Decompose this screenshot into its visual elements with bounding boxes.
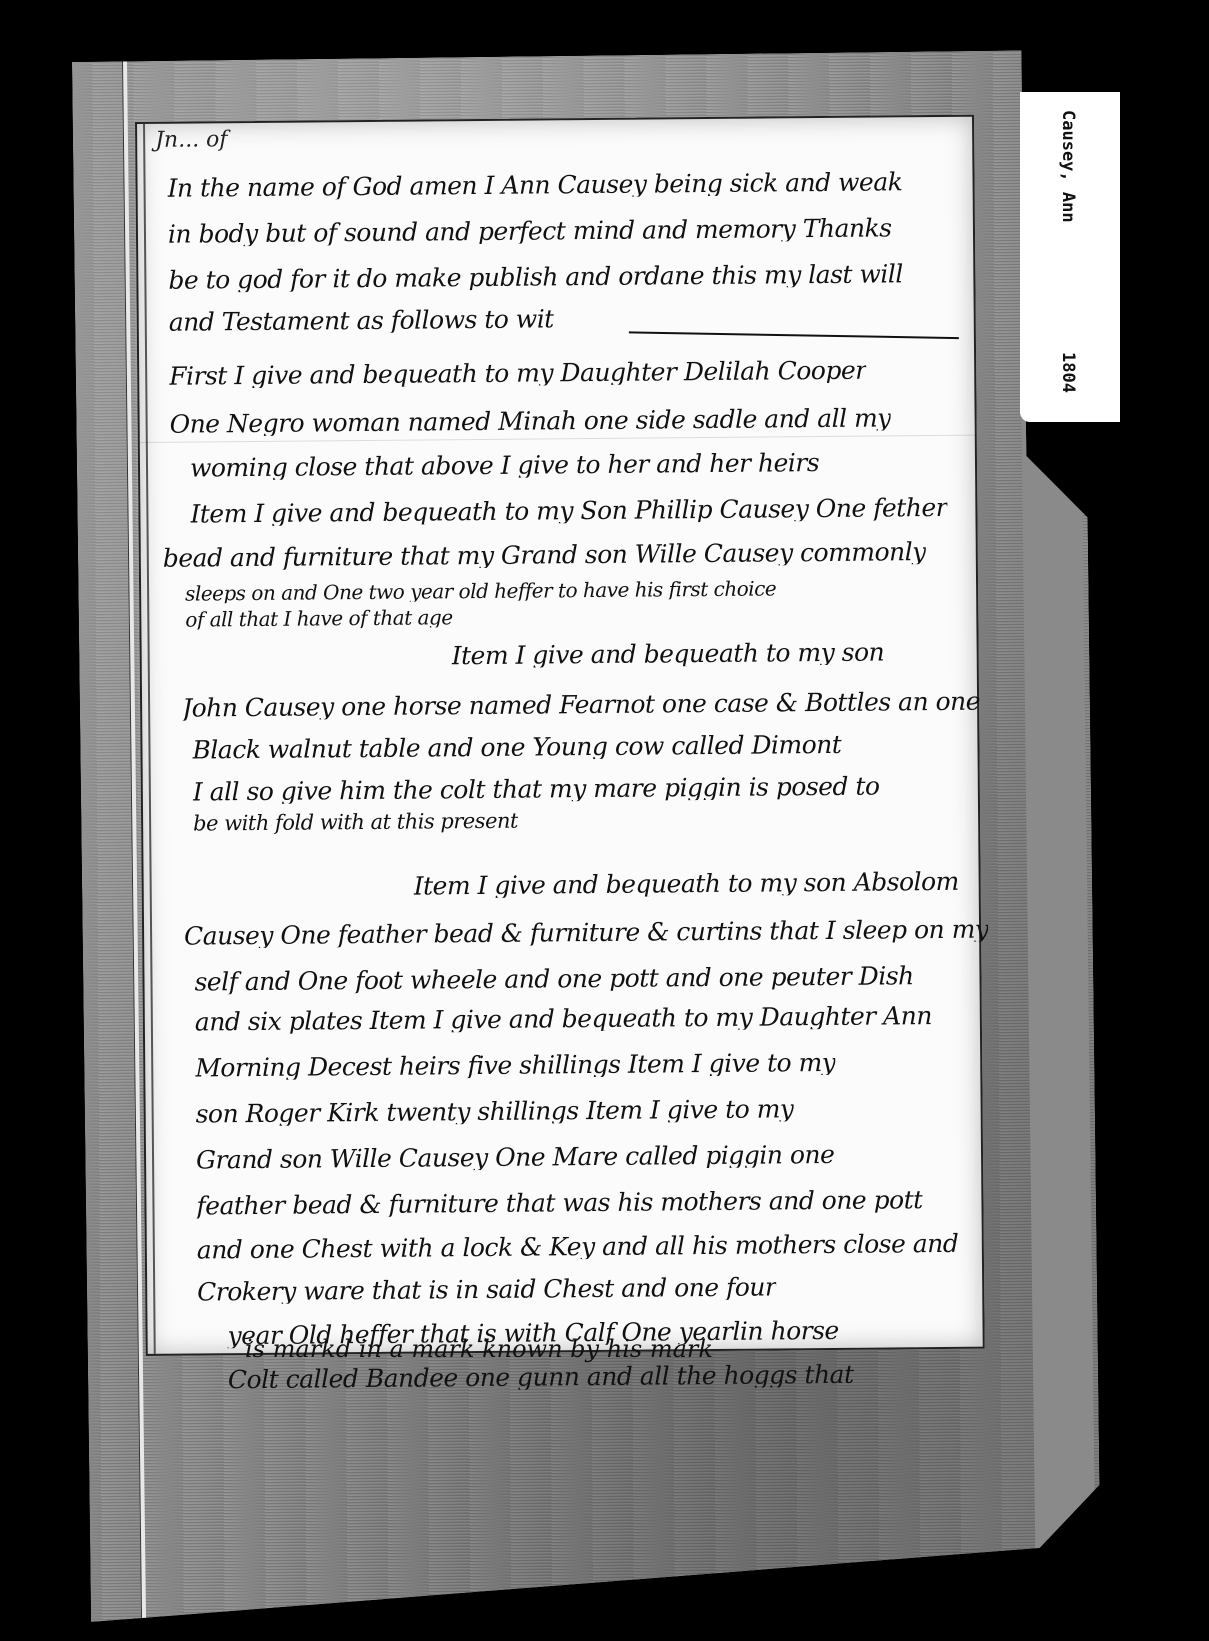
text-line: be to god for it do make publish and ord…	[168, 261, 903, 292]
text-line: of all that I have of that age	[185, 607, 452, 629]
text-line: bead and furniture that my Grand son Wil…	[163, 539, 926, 571]
folder-edge	[1021, 410, 1095, 1591]
text-line: sleeps on and One two year old heffer to…	[185, 578, 776, 603]
text-line: feather bead & furniture that was his mo…	[196, 1187, 923, 1218]
text-line: Item I give and bequeath to my son Absol…	[414, 869, 959, 899]
text-line: Causey One feather bead & furniture & cu…	[184, 917, 989, 949]
text-line-last: is markd in a mark known by his mark	[245, 1335, 713, 1363]
page-fold-line	[140, 435, 975, 443]
tab-name-label: Causey, Ann	[1058, 110, 1078, 223]
text-line: Item I give and bequeath to my Son Phill…	[190, 495, 947, 527]
text-line: I all so give him the colt that my mare …	[193, 774, 880, 805]
text-line: woming close that above I give to her an…	[190, 450, 819, 480]
page-border-line	[143, 124, 156, 1354]
text-line: Grand son Wille Causey One Mare called p…	[196, 1142, 834, 1173]
text-line: in body but of sound and perfect mind an…	[168, 215, 892, 246]
text-line: Crokery ware that is in said Chest and o…	[197, 1274, 776, 1304]
underline-rule	[629, 331, 959, 339]
text-line: One Negro woman named Minah one side sad…	[170, 405, 891, 436]
text-line: In the name of God amen I Ann Causey bei…	[167, 169, 902, 200]
tab-year-label: 1804	[1058, 352, 1078, 393]
text-line: and Testament as follows to wit	[169, 306, 554, 334]
text-line: and six plates Item I give and bequeath …	[195, 1003, 932, 1034]
text-line: John Causey one horse named Fearnot one …	[182, 689, 980, 721]
text-line: Item I give and bequeath to my son	[452, 639, 885, 668]
will-text: In the name of God amen I Ann Causey bei…	[167, 157, 957, 164]
text-line: First I give and bequeath to my Daughter…	[169, 358, 867, 389]
text-line: son Roger Kirk twenty shillings Item I g…	[196, 1096, 794, 1126]
text-line: Black walnut table and one Young cow cal…	[192, 732, 841, 763]
text-line: self and One foot wheele and one pott an…	[194, 963, 913, 994]
folder-label-tab: Causey, Ann 1804	[1020, 92, 1120, 422]
text-line: and one Chest with a lock & Key and all …	[197, 1231, 959, 1263]
text-line: Morning Decest heirs five shillings Item…	[195, 1050, 835, 1081]
text-line: be with fold with at this present	[193, 811, 518, 835]
manuscript-page: Jn... of In the name of God amen I Ann C…	[135, 115, 985, 1356]
header-scrawl: Jn... of	[155, 127, 228, 153]
